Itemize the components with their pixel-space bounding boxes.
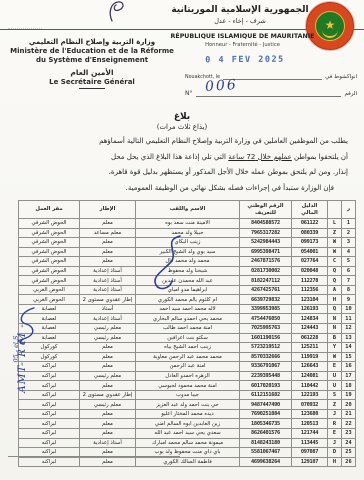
national-id: 8182247112 — [240, 276, 292, 286]
national-id: 4754476050 — [240, 314, 292, 324]
financial-id: 112278 — [292, 276, 328, 286]
workplace: الحوض الشرقي — [19, 228, 80, 238]
row-number: 15 — [342, 352, 356, 362]
notice-body: يطلب من الموظفين العاملين في وزارة الترب… — [18, 134, 348, 196]
row-number: 26 — [342, 457, 356, 467]
table-row: 17U1240812239395448الزهره احمدو العادلمع… — [19, 371, 356, 381]
pencil-smudge — [8, 22, 42, 29]
workplace: الحوض الشرقي — [19, 247, 80, 257]
financial-id: 126643 — [292, 362, 328, 372]
cadre: معلم — [80, 219, 136, 229]
financial-letter: Z — [328, 228, 342, 238]
row-number: 5 — [342, 257, 356, 267]
national-id: 4267425761 — [240, 285, 292, 295]
financial-letter: J — [328, 409, 342, 419]
footer-line — [8, 456, 180, 457]
financial-id: 124443 — [292, 324, 328, 334]
workplace: الحوض الشرقي — [19, 238, 80, 248]
row-number: 2 — [342, 228, 356, 238]
full-name: سكتو بنت اعرافين — [136, 333, 240, 343]
full-name: ميمونة محمد سالم محمد امبارك — [136, 438, 240, 448]
workplace: الحوض الغربي — [19, 285, 80, 295]
row-number: 25 — [342, 448, 356, 458]
ministry-title-arabic: وزارة التربية وإصلاح النظام التعليمي — [8, 38, 176, 46]
full-name: زين العابدين ابوه السالم امني — [136, 419, 240, 429]
notice-line-2: أن يلتحقوا بمواطن عملهم خلال 72 ساعة الت… — [18, 150, 348, 166]
handwritten-check-scribble — [146, 233, 190, 297]
financial-letter: H — [328, 295, 342, 305]
full-name: حي بنت احمد ولد عبد العزيز — [136, 400, 240, 410]
cadre: معلم — [80, 257, 136, 267]
cadre: معلم — [80, 362, 136, 372]
row-number: 4 — [342, 247, 356, 257]
financial-id: 027764 — [292, 257, 328, 267]
cadre: معلم — [80, 352, 136, 362]
row-number: 19 — [342, 390, 356, 400]
full-name: امنة محمد احمد طالب — [136, 324, 240, 334]
financial-letter: W — [328, 247, 342, 257]
financial-letter: D — [328, 448, 342, 458]
header-national-id: الرقم الوطني للتعريف — [240, 201, 292, 219]
notice-line-2-post: التي تلي إذاعة هذا البلاغ الذي يحل محل — [111, 153, 228, 161]
notice-line-2-pre: أن يلتحقوا بمواطن — [292, 153, 348, 161]
cadre: إطار عقدوي مستوى 2 — [80, 390, 136, 400]
table-header-row: ر الدليل المالي الرقم الوطني للتعريف الا… — [19, 201, 356, 219]
table-row: 24J1134458148243180ميمونة محمد سالم محمد… — [19, 438, 356, 448]
notice-title: بلاغ — [0, 112, 364, 122]
national-id: 0281730002 — [240, 266, 292, 276]
financial-id: 070932 — [292, 400, 328, 410]
ministry-block: وزارة التربية وإصلاح النظام التعليمي Min… — [8, 38, 176, 89]
table-row: 26H1291074699638264فاطمة السالك الكوريمع… — [19, 457, 356, 467]
header-name: الاسم واللقب — [136, 201, 240, 219]
cadre: أستاذ إعدادية — [80, 438, 136, 448]
national-id: 3399953985 — [240, 304, 292, 314]
row-number: 20 — [342, 400, 356, 410]
national-id: 5242984443 — [240, 238, 292, 248]
workplace: الحوض الشرقي — [19, 257, 80, 267]
cadre: معلم — [80, 238, 136, 248]
financial-id: 061228 — [292, 333, 328, 343]
workplace: لبراكنه — [19, 438, 80, 448]
national-id: 6112151682 — [240, 390, 292, 400]
republic-title-french: RÉPUBLIQUE ISLAMIQUE DE MAURITANIE — [150, 33, 335, 40]
financial-letter: A — [328, 285, 342, 295]
cadre: معلم رئيسي — [80, 371, 136, 381]
row-number: 7 — [342, 276, 356, 286]
financial-id: 124081 — [292, 371, 328, 381]
cadre: أستاذ — [80, 304, 136, 314]
financial-id: 054001 — [292, 247, 328, 257]
financial-id: 125211 — [292, 343, 328, 353]
row-number: 9 — [342, 295, 356, 305]
financial-id: 080339 — [292, 228, 328, 238]
row-number: 22 — [342, 419, 356, 429]
full-name: امنة عبد الرحمن — [136, 362, 240, 372]
national-id: 1805346735 — [240, 419, 292, 429]
workplace: الحوض الشرقي — [19, 276, 80, 286]
table-row: 23E1217448626401576سعدي يحي سيد احمد عبد… — [19, 429, 356, 439]
national-id: 5723219512 — [240, 343, 292, 353]
national-id: 7690251084 — [240, 409, 292, 419]
row-number: 23 — [342, 429, 356, 439]
financial-letter: W — [328, 352, 342, 362]
table-row: 1L0611228404588572الامينة منت سعد بوهمعل… — [19, 219, 356, 229]
table-row: 14Y1252115723219512زينب احمد الشيخ بياهم… — [19, 343, 356, 353]
financial-id: 123104 — [292, 295, 328, 305]
number-label-ar: الرقم — [344, 91, 357, 97]
secretary-general-french: Le Secrétaire Général — [8, 78, 176, 86]
ministry-title-french-1: Ministère de l'Education et de la Réform… — [8, 47, 176, 56]
national-id: 8570332666 — [240, 352, 292, 362]
cadre: معلم مساعد — [80, 228, 136, 238]
financial-id: 122193 — [292, 390, 328, 400]
table-row: 13B0612281601190156سكتو بنت اعرافينمعلم … — [19, 333, 356, 343]
full-name: زينب احمد الشيخ بياه — [136, 343, 240, 353]
row-number: 12 — [342, 324, 356, 334]
financial-id: 129107 — [292, 457, 328, 467]
table-row: 15W1199198570332666محمد محمد عبد الرحمن … — [19, 352, 356, 362]
cadre: معلم — [80, 381, 136, 391]
full-name: ديده محمد المختار اعليو — [136, 409, 240, 419]
full-name: سعدي يحي سيد احمد عبد الله — [136, 429, 240, 439]
row-number: 8 — [342, 285, 356, 295]
national-id: 5581067467 — [240, 448, 292, 458]
table-row: 19S1221936112151682جيبا مدوبإطار عقدوي م… — [19, 390, 356, 400]
cadre: معلم — [80, 409, 136, 419]
national-id: 8148243180 — [240, 438, 292, 448]
national-id: 6639729832 — [240, 295, 292, 305]
notice-line-1: يطلب من الموظفين العاملين في وزارة الترب… — [18, 134, 348, 150]
financial-id: 113445 — [292, 438, 328, 448]
blank-line — [223, 72, 322, 80]
full-name: فاطمة السالك الكوري — [136, 457, 240, 467]
row-number: 6 — [342, 266, 356, 276]
cadre: أستاذ إعدادية — [80, 314, 136, 324]
financial-id: 120513 — [292, 419, 328, 429]
national-id: 2467871576 — [240, 257, 292, 267]
financial-letter: B — [328, 333, 342, 343]
table-row: 20Z0709329487447490حي بنت احمد ولد عبد ا… — [19, 400, 356, 410]
header-financial-id: الدليل المالي — [292, 201, 328, 219]
full-name: الامينة منت سعد بوه — [136, 219, 240, 229]
financial-letter: Y — [328, 343, 342, 353]
workplace: الحوض الشرقي — [19, 266, 80, 276]
financial-id: 061122 — [292, 219, 328, 229]
national-id: 7025995763 — [240, 324, 292, 334]
notice-line-3: إنذار. ومن لم يلتحق بموطن عمله خلال الأج… — [18, 165, 348, 181]
financial-letter: Q — [328, 304, 342, 314]
workplace: الحوض الشرقي — [19, 219, 80, 229]
scanned-document-page: الجمهورية الإسلامية الموريتانية شرف - إخ… — [0, 0, 364, 480]
financial-letter: C — [328, 257, 342, 267]
row-number: 13 — [342, 333, 356, 343]
financial-id: 099173 — [292, 238, 328, 248]
financial-letter: U — [328, 371, 342, 381]
header-cadre: الإطار — [80, 201, 136, 219]
row-number: 14 — [342, 343, 356, 353]
cadre: معلم رئيسي — [80, 324, 136, 334]
financial-letter: R — [328, 419, 342, 429]
cadre: معلم رئيسي — [80, 333, 136, 343]
cadre: معلم — [80, 419, 136, 429]
financial-id: 020048 — [292, 266, 328, 276]
handwritten-margin-scribble — [14, 306, 40, 346]
secretary-general-arabic: الأمين العام — [8, 68, 176, 77]
workplace: لبراكنه — [19, 457, 80, 467]
workplace: لبراكنه — [19, 419, 80, 429]
financial-letter: Q — [328, 266, 342, 276]
financial-letter: N — [328, 314, 342, 324]
financial-id: 110442 — [292, 381, 328, 391]
row-number: 21 — [342, 409, 356, 419]
handwritten-squiggle-top — [104, 0, 136, 22]
header-row-number: ر — [342, 201, 356, 219]
national-id: 2239395448 — [240, 371, 292, 381]
full-name: امنة محمد محمود لحبوسي — [136, 381, 240, 391]
table-row: 18U1104426017020193امنة محمد محمود لحبوس… — [19, 381, 356, 391]
financial-letter: H — [328, 457, 342, 467]
cadre: معلم — [80, 429, 136, 439]
financial-id: 121744 — [292, 429, 328, 439]
workplace: لبراكنه — [19, 429, 80, 439]
row-number: 11 — [342, 314, 356, 324]
financial-id: 123680 — [292, 409, 328, 419]
cadre: إطار عقدوي مستوى 2 — [80, 295, 136, 305]
cadre: معلم رئيسي — [80, 400, 136, 410]
header-workplace: مقر العمل — [19, 201, 80, 219]
national-id: 4699638264 — [240, 457, 292, 467]
row-number: 10 — [342, 304, 356, 314]
national-id: 6017020193 — [240, 381, 292, 391]
national-id: 7965317282 — [240, 228, 292, 238]
financial-id: 119919 — [292, 352, 328, 362]
motto-french: Honneur - Fraternité - Justice — [150, 42, 335, 48]
financial-id: 126193 — [292, 304, 328, 314]
full-name: لاله محمد احمد سيد احمد — [136, 304, 240, 314]
financial-letter: E — [328, 429, 342, 439]
cadre: معلم — [80, 247, 136, 257]
row-number: 16 — [342, 362, 356, 372]
full-name: جيبا مدوب — [136, 390, 240, 400]
notice-subtitle: (يذاع ثلاث مرات) — [0, 123, 364, 131]
cadre: أستاذ إعدادية — [80, 285, 136, 295]
row-number: 24 — [342, 438, 356, 448]
notice-line-2-deadline: عملهم خلال 72 ساعة — [228, 153, 292, 161]
place-label-ar: انواكشوط في — [325, 74, 357, 80]
financial-letter: S — [328, 390, 342, 400]
number-label-fr: N° — [185, 90, 193, 97]
row-number: 1 — [342, 219, 356, 229]
full-name: محمد محمد عبد الرحمن معاوية — [136, 352, 240, 362]
national-id: 8626401576 — [240, 429, 292, 439]
financial-letter: E — [328, 362, 342, 372]
handwritten-reference-number: 006 — [204, 77, 238, 95]
table-row: 10Q1261933399953985لاله محمد احمد سيد اح… — [19, 304, 356, 314]
financial-id: 097087 — [292, 448, 328, 458]
cadre: معلم — [80, 343, 136, 353]
financial-letter: U — [328, 381, 342, 391]
cadre: معلم — [80, 457, 136, 467]
table-row: 21J1236807690251084ديده محمد المختار اعل… — [19, 409, 356, 419]
financial-id: 124834 — [292, 314, 328, 324]
table-row: 12N1244437025995763امنة محمد احمد طالبمع… — [19, 324, 356, 334]
financial-letter: J — [328, 438, 342, 448]
date-stamp: 0 4 FEV 2025 — [170, 54, 320, 65]
cadre: أستاذ إعدادية — [80, 266, 136, 276]
full-name: محمد يحي احمدو سالم البخاري — [136, 314, 240, 324]
cadre: أستاذ إعدادية — [80, 276, 136, 286]
national-id: 9336791067 — [240, 362, 292, 372]
row-number: 17 — [342, 371, 356, 381]
header-letter — [328, 201, 342, 219]
national-id: 8404588572 — [240, 219, 292, 229]
notice-line-4: فإن الوزارة ستبدأ في إجراءات فصله بشكل ن… — [18, 181, 348, 197]
national-id: 9487447490 — [240, 400, 292, 410]
row-number: 18 — [342, 381, 356, 391]
signature-underline — [79, 88, 105, 89]
table-row: 16E1266439336791067امنة عبد الرحمنمعلملب… — [19, 362, 356, 372]
republic-title-arabic: الجمهورية الإسلامية الموريتانية — [150, 5, 330, 15]
motto-arabic: شرف - إخاء - عدل — [150, 17, 330, 25]
financial-letter: L — [328, 219, 342, 229]
financial-letter: N — [328, 324, 342, 334]
financial-letter: Q — [328, 276, 342, 286]
financial-id: 112356 — [292, 285, 328, 295]
national-id: 6995398471 — [240, 247, 292, 257]
table-row: 22R1205131805346735زين العابدين ابوه الس… — [19, 419, 356, 429]
financial-letter: Z — [328, 400, 342, 410]
financial-letter: W — [328, 238, 342, 248]
ministry-title-french-2: du Système d'Enseignement — [8, 56, 176, 65]
full-name: الزهره احمدو العادل — [136, 371, 240, 381]
national-id: 1601190156 — [240, 333, 292, 343]
row-number: 3 — [342, 238, 356, 248]
table-row: 11N1248344754476050محمد يحي احمدو سالم ا… — [19, 314, 356, 324]
